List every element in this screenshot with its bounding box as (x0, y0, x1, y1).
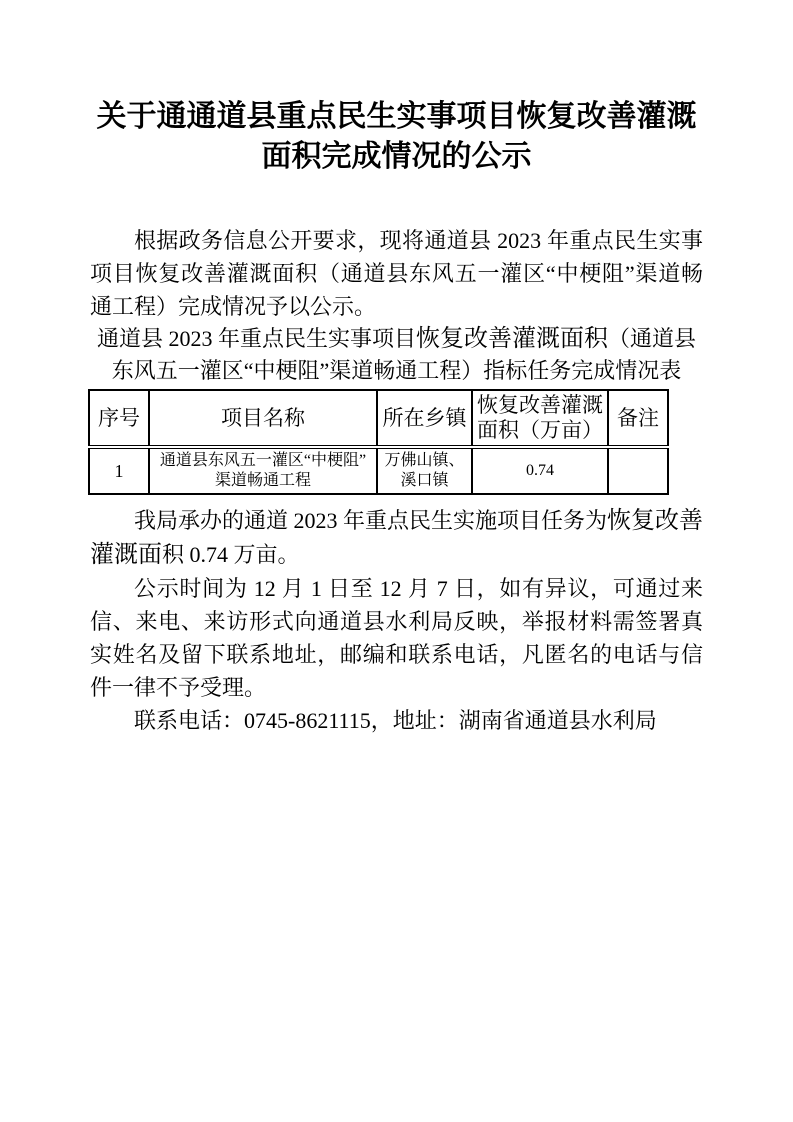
header-seq: 序号 (89, 390, 149, 447)
document-page: 关于通通道县重点民生实事项目恢复改善灌溉面积完成情况的公示 根据政务信息公开要求… (0, 0, 793, 1122)
summary-post: 积 0.74 万亩。 (162, 542, 300, 567)
intro-paragraph: 根据政务信息公开要求，现将通道县 2023 年重点民生实事项目恢复改善灌溉面积（… (90, 224, 703, 323)
summary-pre: 我局承办的通道 2023 年重点民生实施项目任务为 (134, 508, 607, 533)
cell-township: 万佛山镇、溪口镇 (377, 447, 472, 494)
summary-paragraph: 我局承办的通道 2023 年重点民生实施项目任务为恢复改善灌溉面积 0.74 万… (90, 504, 703, 572)
cell-remarks (608, 447, 668, 494)
header-irrigation-area: 恢复改善灌溉面积（万亩） (472, 390, 608, 447)
cell-seq: 1 (89, 447, 149, 494)
notice-paragraph: 公示时间为 12 月 1 日至 12 月 7 日，如有异议，可通过来信、来电、来… (90, 572, 703, 704)
contact-paragraph: 联系电话：0745-8621115，地址：湖南省通道县水利局 (90, 704, 703, 737)
projects-table: 序号 项目名称 所在乡镇 恢复改善灌溉面积（万亩） 备注 1 通道县东风五一灌区… (88, 389, 669, 495)
table-row: 1 通道县东风五一灌区“中梗阻”渠道畅通工程 万佛山镇、溪口镇 0.74 (89, 447, 668, 494)
header-project-name: 项目名称 (149, 390, 377, 447)
page-title: 关于通通道县重点民生实事项目恢复改善灌溉面积完成情况的公示 (90, 97, 703, 177)
table-caption-pre: 通道县 2023 年重点民生实事项目 (97, 326, 416, 351)
cell-irrigation-area: 0.74 (472, 447, 608, 494)
table-caption: 通道县 2023 年重点民生实事项目恢复改善灌溉面积（通道县东风五一灌区“中梗阻… (90, 323, 703, 387)
header-remarks: 备注 (608, 390, 668, 447)
cell-project-name: 通道县东风五一灌区“中梗阻”渠道畅通工程 (149, 447, 377, 494)
table-header-row: 序号 项目名称 所在乡镇 恢复改善灌溉面积（万亩） 备注 (89, 390, 668, 447)
table-caption-emphasis: 恢复改善灌溉面积 (416, 326, 608, 352)
header-township: 所在乡镇 (377, 390, 472, 447)
